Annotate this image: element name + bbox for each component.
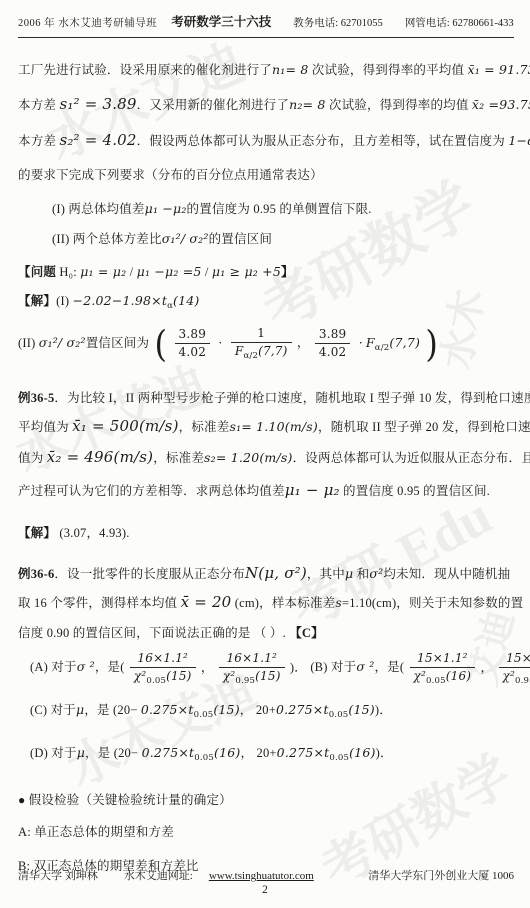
option-a-lead: (A) 对于σ ²，是( (30, 660, 125, 674)
separator-comma: ， (297, 336, 310, 350)
fraction-numerator: 3.89 (315, 327, 351, 344)
text-run: (15) (255, 669, 280, 683)
text-run: )． (375, 703, 392, 717)
footer-address: 清华大学东门外创业大厦 1006 (368, 867, 514, 883)
text-run: 0.05 (329, 753, 349, 763)
text-run: ，是 (20− (85, 746, 142, 760)
text-run: 0.95 (515, 676, 530, 686)
text-run: ．假设两总体都可认为服从正态分布，且方差相等，试在置信度为 (137, 134, 509, 148)
text-run: 0.05 (329, 710, 349, 720)
fraction-denominator: 4.02 (315, 344, 351, 360)
text-run: (cm)，样本标准差 (231, 596, 335, 610)
text-run: μ₁ −μ₂ =5 (137, 264, 202, 279)
example-365-line: 值为 x̄₂ = 496(m/s)，标准差s₂= 1.20(m/s)．设两总体都… (18, 447, 514, 468)
option-b-lead: (B) 对于σ ²，是( (310, 660, 404, 674)
text-run: μ₁ = μ₂ (80, 264, 126, 279)
text-run: 产过程可认为它们的方差相等．求两总体均值差 (18, 484, 285, 498)
footer-author: 清华大学 刘坤林 (18, 867, 98, 883)
example-365-solution: 【解】 (3.07，4.93). (18, 523, 514, 543)
text-run: μ₁ ≥ μ₂ +5 (212, 264, 281, 279)
text-run: (7,7) (258, 344, 287, 358)
text-run: ，是 (20− (84, 703, 141, 717)
outline-bullet: ● 假设检验（关键检验统计量的确定） (18, 790, 514, 810)
fraction-numerator: 1 (231, 326, 292, 343)
fraction-numerator: 16×1.1² (219, 651, 285, 668)
header-course-title: 考研数学三十六技 (171, 12, 271, 30)
text-run: ，随机取 II 型子弹 20 发，得到枪口速度平均 (318, 420, 530, 434)
text-run: ，是( (374, 660, 404, 674)
text-run: (I) (56, 294, 72, 308)
text-run: 次试验，得到得率的平均值 (308, 63, 467, 77)
text-run: (3.07，4.93). (56, 526, 129, 540)
text-run: 0.95 (235, 676, 255, 686)
text-run: 0.275× (276, 702, 323, 717)
header-phone-admin: 教务电话: 62701055 (293, 15, 383, 30)
text-run: 假设检验（关键检验统计量的确定） (29, 793, 232, 807)
fraction-denominator: χ²0.05(15) (130, 668, 196, 687)
example-366-line: 取 16 个零件，测得样本均值 x̄ = 20 (cm)，样本标准差s=1.10… (18, 592, 514, 613)
text-run: H₀: (56, 265, 80, 279)
paragraph-line: 本方差 s₂² = 4.02．假设两总体都可认为服从正态分布，且方差相等，试在置… (18, 130, 514, 151)
solution-lead: (II) σ₁²/ σ₂²置信区间为 (18, 336, 153, 350)
text-run: 0.05 (146, 676, 166, 686)
text-run: (15) (166, 669, 191, 683)
paragraph-line: 的要求下完成下列要求（分布的百分位点用通常表达） (18, 165, 514, 185)
option-a-b: (A) 对于σ ²，是( 16×1.1² χ²0.05(15) ， 16×1.1… (18, 651, 514, 687)
math-fraction: 1 Fα/2(7,7) (231, 326, 292, 362)
solution-line-2: (II) σ₁²/ σ₂²置信区间为 ( 3.89 4.02 · 1 Fα/2(… (18, 326, 514, 362)
page-footer: 清华大学 刘坤林 水木艾迪网址: www.tsinghuatutor.com 清… (18, 867, 514, 883)
text-run: α/2 (243, 351, 258, 361)
text-run: A: 单正态总体的期望和方差 (18, 825, 174, 839)
text-run: μ (77, 745, 85, 760)
close-paren: ) (425, 325, 438, 362)
text-run: n₂= 8 (289, 97, 325, 112)
footer-site-label: 水木艾迪网址: (124, 867, 193, 883)
text-run: · (359, 335, 363, 350)
text-run: s₂² = 4.02 (59, 131, 136, 149)
text-run: 0.275× (141, 702, 188, 717)
text-run: 值为 (18, 451, 47, 465)
option-c: (C) 对于μ，是 (20− 0.275×t0.05(15)， 20+0.275… (18, 700, 514, 725)
text-run: 0.05 (194, 753, 214, 763)
text-run: ．又采用新的催化剂进行了 (137, 98, 289, 112)
text-run: 信度 0.90 的置信区间，下面说法正确的是 （ ）. (18, 626, 286, 640)
page-content: 2006 年 水木艾迪考研辅导班 考研数学三十六技 教务电话: 62701055… (0, 0, 530, 876)
math-fraction: 3.89 4.02 (315, 327, 351, 360)
example-365-line: 平均值为 x̄₁ = 500(m/s)，标准差s₁= 1.10(m/s)，随机取… (18, 416, 514, 437)
separator-comma: ， (481, 660, 494, 674)
paragraph-line: 工厂先进行试验．设采用原来的催化剂进行了n₁= 8 次试验，得到得率的平均值 x… (18, 60, 514, 80)
text-run: x̄₁ = 91.73 (468, 62, 530, 77)
text-run: x̄₂ =93.75 (472, 97, 530, 112)
text-run: s₂= 1.20(m/s) (204, 450, 293, 465)
solution-tail: ·Fα/2(7,7) (356, 336, 420, 350)
fraction-denominator: χ²0.05(16) (410, 668, 476, 687)
text-run: s₁= 1.10(m/s) (229, 419, 318, 434)
math-fraction: 15×1.1² χ²0.95(16) (499, 651, 530, 687)
text-run: x̄₂ = 496(m/s) (47, 448, 154, 466)
fraction-numerator: 15×1.1² (410, 651, 476, 668)
text-run: 本方差 (18, 134, 59, 148)
text-run: x̄ = 20 (181, 593, 232, 611)
text-run: χ² (134, 669, 146, 683)
text-run: 工厂先进行试验．设采用原来的催化剂进行了 (18, 63, 272, 77)
text-run: ，标准差 (153, 451, 204, 465)
text-run: ， 20+ (240, 703, 276, 717)
text-run: 例36-5 (18, 391, 54, 405)
paragraph-line: 本方差 s₁² = 3.89．又采用新的催化剂进行了n₂= 8 次试验，得到得率… (18, 94, 514, 115)
text-run: ．设两总体都可认为近似服从正态分布．且由生 (293, 451, 530, 465)
text-run: N(μ, σ²) (245, 564, 307, 582)
math-fraction: 3.89 4.02 (175, 327, 211, 360)
fraction-denominator: 4.02 (175, 344, 211, 360)
text-run: (C) 对于 (30, 703, 76, 717)
option-a-close: )． (290, 660, 307, 674)
text-run: (15) (213, 702, 239, 717)
option-d: (D) 对于μ，是 (20− 0.275×t0.05(16)， 20+0.275… (18, 743, 514, 768)
text-run: μ₁ − μ₂ (285, 481, 340, 499)
question-item-1: (I) 两总体均值差μ₁ −μ₂的置信度为 0.95 的单侧置信下限. (18, 199, 514, 219)
text-run: ．为比较 I，II 两种型号步枪子弹的枪口速度，随机地取 I 型子弹 10 发，… (54, 391, 530, 405)
multiply-dot: · (218, 335, 222, 350)
text-run: 的要求下完成下列要求（分布的百分位点用通常表达） (18, 168, 323, 182)
fraction-denominator: Fα/2(7,7) (231, 343, 292, 362)
text-run: F (366, 335, 375, 350)
outline-item-a: A: 单正态总体的期望和方差 (18, 822, 514, 842)
text-run: σ² (369, 566, 383, 581)
math-fraction: 15×1.1² χ²0.05(16) (410, 651, 476, 687)
question-item-2: (II) 两个总体方差比σ₁²/ σ₂²的置信区间 (18, 229, 514, 249)
example-366-line: 例36-6．设一批零件的长度服从正态分布N(μ, σ²)，其中μ 和σ²均未知．… (18, 563, 514, 584)
text-run: ，是( (95, 660, 125, 674)
text-run: )． (376, 746, 393, 760)
text-run: x̄₁ = 500(m/s) (72, 417, 179, 435)
header-brand: 2006 年 水木艾迪考研辅导班 (18, 15, 157, 30)
text-run: (II) (18, 336, 39, 350)
footer-url-link[interactable]: www.tsinghuatutor.com (209, 870, 314, 882)
example-366-line: 信度 0.90 的置信区间，下面说法正确的是 （ ）. 【C】 (18, 623, 514, 643)
header-rule (18, 37, 514, 38)
text-run: ，其中 (307, 567, 345, 581)
text-run: (D) 对于 (30, 746, 77, 760)
text-run: 0.05 (194, 710, 214, 720)
fraction-denominator: χ²0.95(16) (499, 668, 530, 687)
text-run: 平均值为 (18, 420, 72, 434)
text-run: 】 (281, 265, 294, 279)
solution-line-1: 【解】(I) −2.02−1.98×tα(14) (18, 291, 514, 316)
text-run: 置信区间为 (86, 336, 153, 350)
text-run: (B) 对于 (310, 660, 356, 674)
text-run: ．设一批零件的长度服从正态分布 (54, 567, 245, 581)
text-run: 的置信度 0.95 的置信区间. (340, 484, 490, 498)
text-run: (16) (446, 669, 471, 683)
text-run: 【解】 (18, 294, 56, 308)
header-phone-net: 网管电话: 62780661-433 (405, 15, 514, 30)
text-run: (7,7) (389, 335, 420, 350)
text-run: σ₁²/ σ₂² (162, 231, 209, 246)
text-run: (16) (349, 745, 375, 760)
text-run: 0.05 (426, 676, 446, 686)
fraction-numerator: 3.89 (175, 327, 211, 344)
text-run: (16) (214, 745, 240, 760)
text-run: (I) 两总体均值差 (52, 202, 145, 216)
text-run: μ₁ −μ₂ (145, 201, 187, 216)
text-run: −2.02−1.98× (73, 293, 162, 308)
text-run: ， 20+ (240, 746, 276, 760)
fraction-numerator: 15×1.1² (499, 651, 530, 668)
text-run: σ ² (356, 659, 374, 674)
separator-comma: ， (201, 660, 214, 674)
example-365-line: 例36-5．为比较 I，II 两种型号步枪子弹的枪口速度，随机地取 I 型子弹 … (18, 388, 514, 408)
text-run: σ₁²/ σ₂² (39, 335, 86, 350)
text-run: (A) 对于 (30, 660, 77, 674)
document-page: 水木艾迪 考研数学 水木艾迪 考研 Edu 水木艾迪 考研数学 水木 艾迪 20… (0, 0, 530, 908)
math-fraction: 16×1.1² χ²0.05(15) (130, 651, 196, 687)
text-run: 例36-6 (18, 567, 54, 581)
text-run: s₁² = 3.89 (59, 95, 136, 113)
text-run: 的置信度为 0.95 的单侧置信下限. (187, 202, 372, 216)
text-run: (15) (348, 702, 374, 717)
text-run: 的置信区间 (209, 232, 273, 246)
text-run: s (335, 595, 342, 610)
fraction-numerator: 16×1.1² (130, 651, 196, 668)
text-run: 本方差 (18, 98, 59, 112)
text-run: 【问题 (18, 265, 56, 279)
text-run: / (202, 265, 212, 279)
open-paren: ( (155, 325, 168, 362)
text-run: χ² (223, 669, 235, 683)
text-run: 和 (353, 567, 369, 581)
page-number: 2 (0, 884, 530, 896)
text-run: =1.10(cm)，则关于未知参数的置 (342, 596, 523, 610)
example-365-line: 产过程可认为它们的方差相等．求两总体均值差μ₁ − μ₂ 的置信度 0.95 的… (18, 480, 514, 501)
text-run: 次试验，得到得率的均值 (326, 98, 472, 112)
text-run: (14) (173, 293, 199, 308)
math-fraction: 16×1.1² χ²0.95(15) (219, 651, 285, 687)
text-run: (II) 两个总体方差比 (52, 232, 162, 246)
text-run: 【C】 (286, 626, 324, 640)
problem-note: 【问题 H₀: μ₁ = μ₂ / μ₁ −μ₂ =5 / μ₁ ≥ μ₂ +5… (18, 262, 514, 282)
text-run: n₁= 8 (272, 62, 308, 77)
text-run: ● (18, 793, 29, 807)
text-run: χ² (414, 669, 426, 683)
text-run: 【解】 (18, 526, 56, 540)
text-run: 0.275× (277, 745, 324, 760)
text-run: / (126, 265, 136, 279)
text-run: 取 16 个零件，测得样本均值 (18, 596, 181, 610)
text-run: α/2 (375, 343, 390, 353)
page-header: 2006 年 水木艾迪考研辅导班 考研数学三十六技 教务电话: 62701055… (18, 0, 514, 30)
text-run: 1−α (508, 133, 530, 148)
text-run: χ² (503, 669, 515, 683)
text-run: σ ² (77, 659, 95, 674)
text-run: ，标准差 (179, 420, 230, 434)
text-run: 0.275× (142, 745, 189, 760)
text-run: 均未知．现从中随机抽 (383, 567, 510, 581)
fraction-denominator: χ²0.95(15) (219, 668, 285, 687)
